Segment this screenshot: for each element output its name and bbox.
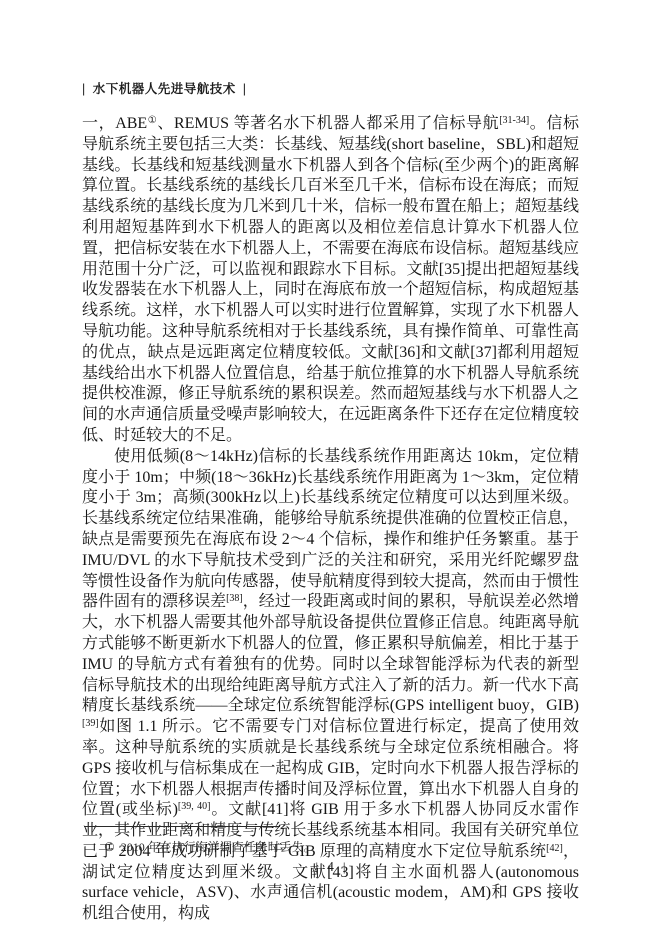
page-number-bar-left: |	[316, 859, 319, 874]
running-header: |水下机器人先进导航技术|	[82, 79, 247, 97]
citation-superscript: [39, 40]	[178, 801, 211, 812]
footnote-text: 2010 年在执行海洋调查任务时丢失。	[121, 840, 316, 854]
body-text: 一，ABE①、REMUS 等著名水下机器人都采用了信标导航[31-34]。信标导…	[82, 114, 579, 925]
footnote: ①2010 年在执行海洋调查任务时丢失。	[104, 838, 316, 855]
text-run: 、REMUS 等著名水下机器人都采用了信标导航	[157, 115, 499, 132]
header-bar-left: |	[82, 82, 86, 96]
text-run: 使用低频(8～14kHz)信标的长基线系统作用距离达 10km，定位精度小于 1…	[82, 448, 579, 611]
citation-superscript: [42]	[546, 843, 563, 854]
text-run: 一，ABE	[82, 115, 147, 132]
text-run: 。信标导航系统主要包括三大类：长基线、短基线(short baseline，SB…	[82, 115, 579, 444]
text-run: ，经过一段距离或时间的累积，导航误差必然增大，水下机器人需要其他外部导航设备提供…	[82, 593, 579, 714]
footnote-rule	[84, 826, 280, 827]
page-number-value: 4	[327, 859, 334, 874]
page-number-bar-right: |	[343, 859, 346, 874]
citation-superscript: ①	[147, 115, 157, 126]
header-bar-right: |	[243, 82, 247, 96]
paragraph: 一，ABE①、REMUS 等著名水下机器人都采用了信标导航[31-34]。信标导…	[82, 114, 579, 447]
header-title: 水下机器人先进导航技术	[93, 82, 236, 96]
citation-superscript: [31-34]	[499, 115, 529, 126]
citation-superscript: [38]	[226, 593, 243, 604]
page-number: |4|	[0, 859, 661, 875]
citation-superscript: [39]	[82, 718, 99, 729]
document-page: |水下机器人先进导航技术| 一，ABE①、REMUS 等著名水下机器人都采用了信…	[0, 0, 661, 925]
footnote-marker: ①	[104, 840, 115, 854]
